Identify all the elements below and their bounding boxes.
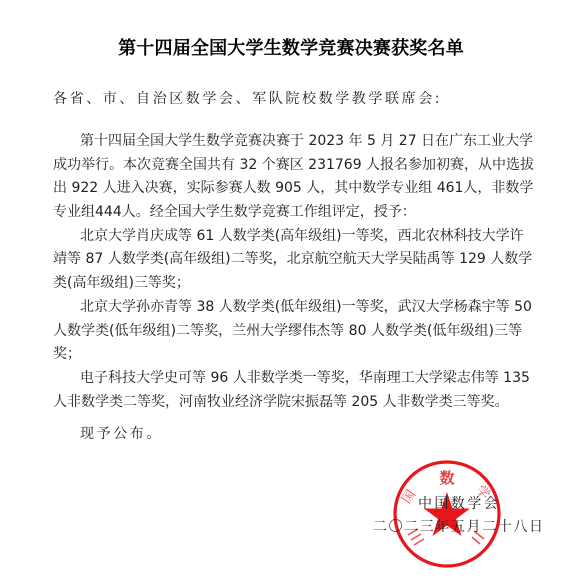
text-line: 出 922 人进入决赛，实际参赛人数 905 人，其中数学专业组 461人，非数… [53,177,522,201]
paragraph-intro: 第十四届全国大学生数学竞赛决赛于 2023 年 5 月 27 日在广东工业大学 … [53,130,522,225]
text-line: 靖等 87 人数学类(高年级组)二等奖，北京航空航天大学吴陆禹等 129 人数学 [53,248,522,272]
signer-organization: 中国数学会 [418,493,500,513]
text-line: 类(高年级组)三等奖； [53,272,522,296]
official-seal-icon: 数 国 学 [392,459,502,569]
document-date: 二〇二三年五月二十八日 [373,516,545,536]
text-line: 奖； [53,343,522,367]
paragraph-senior-math-awards: 北京大学肖庆成等 61 人数学类(高年级组)一等奖，西北农林科技大学许 靖等 8… [53,225,522,296]
text-line: 成功举行。本次竞赛全国共有 32 个赛区 231769 人报名参加初赛，从中选拔 [53,154,522,178]
text-line: 人数学类(低年级组)二等奖，兰州大学缪伟杰等 80 人数学类(低年级组)三等 [53,320,522,344]
document-body: 第十四届全国大学生数学竞赛决赛于 2023 年 5 月 27 日在广东工业大学 … [53,130,522,414]
text-line: 第十四届全国大学生数学竞赛决赛于 2023 年 5 月 27 日在广东工业大学 [53,130,522,154]
text-line: 北京大学孙亦青等 38 人数学类(低年级组)一等奖，武汉大学杨森宇等 50 [53,296,522,320]
text-line: 北京大学肖庆成等 61 人数学类(高年级组)一等奖，西北农林科技大学许 [53,225,522,249]
seal-char-top: 数 [439,469,454,487]
text-line: 人非数学类二等奖，河南牧业经济学院宋振磊等 205 人非数学类三等奖。 [53,391,522,415]
text-line: 电子科技大学史可等 96 人非数学类一等奖，华南理工大学梁志伟等 135 [53,367,522,391]
salutation: 各省、市、自治区数学会、军队院校数学教学联席会: [53,88,442,108]
document-title: 第十四届全国大学生数学竞赛决赛获奖名单 [0,34,582,60]
text-line: 专业组444人。经全国大学生数学竞赛工作组评定，授予： [53,201,522,225]
closing-statement: 现予公布。 [80,423,163,443]
paragraph-non-math-awards: 电子科技大学史可等 96 人非数学类一等奖，华南理工大学梁志伟等 135 人非数… [53,367,522,414]
paragraph-junior-math-awards: 北京大学孙亦青等 38 人数学类(低年级组)一等奖，武汉大学杨森宇等 50 人数… [53,296,522,367]
